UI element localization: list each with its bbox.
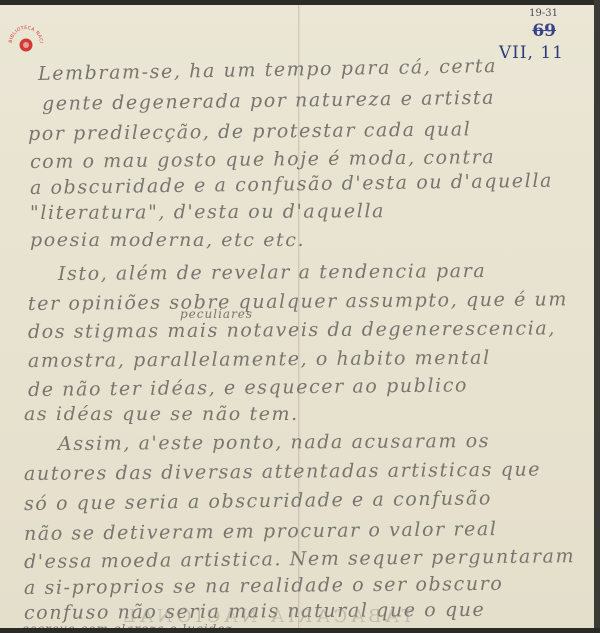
manuscript-line-14: Assim, a'este ponto, nada acusaram os <box>58 430 490 455</box>
manuscript-line-17: não se detiveram em procurar o valor rea… <box>24 518 498 545</box>
manuscript-line-5: a obscuridade e a confusão d'esta ou d'a… <box>30 170 553 199</box>
manuscript-line-13: as idéas que se não tem. <box>24 403 299 425</box>
manuscript-line-2: gente degenerada por natureza e artista <box>42 87 495 115</box>
manuscript-line-4: com o mau gosto que hoje é moda, contra <box>30 146 496 173</box>
scan-border-right <box>594 0 600 633</box>
manuscript-line-3: por predilecção, de protestar cada qual <box>28 118 472 145</box>
manuscript-line-12: de não ter idéas, e esquecer ao publico <box>28 374 468 401</box>
manuscript-line-1: Lembram-se, ha um tempo para cá, certa <box>38 55 497 85</box>
archive-reference-top: 19-31 <box>529 8 558 19</box>
manuscript-line-11: amostra, parallelamente, o habito mental <box>28 347 491 372</box>
manuscript-line-19: a si-proprios se na realidade o ser obsc… <box>24 573 504 599</box>
archive-reference-new: VII, 11 <box>499 43 564 63</box>
scan-border-bottom <box>0 628 600 633</box>
manuscript-line-8: Isto, além de revelar a tendencia para <box>58 260 486 285</box>
manuscript-line-16: só o que seria a obscuridade e a confusã… <box>24 487 492 515</box>
manuscript-line-7: poesia moderna, etc etc. <box>30 229 305 251</box>
manuscript-line-15: autores das diversas attentadas artistic… <box>24 458 541 485</box>
manuscript-line-10: dos stigmas mais notaveis da degeneresce… <box>28 317 556 343</box>
library-seal-icon: BIBLIOTECA NACIONAL <box>6 19 46 59</box>
manuscript-line-9: ter opiniões sobre qualquer assumpto, qu… <box>28 288 568 315</box>
archive-reference-crossed: 69 <box>532 21 556 41</box>
manuscript-line-18: d'essa moeda artistica. Nem sequer pergu… <box>24 545 575 573</box>
manuscript-line-6: "literatura", d'esta ou d'aquella <box>30 200 385 224</box>
letterhead-showthrough: TABACARIA NACIONAL <box>120 606 414 627</box>
manuscript-page: BIBLIOTECA NACIONAL 19-31 69 VII, 11 Lem… <box>0 5 594 628</box>
